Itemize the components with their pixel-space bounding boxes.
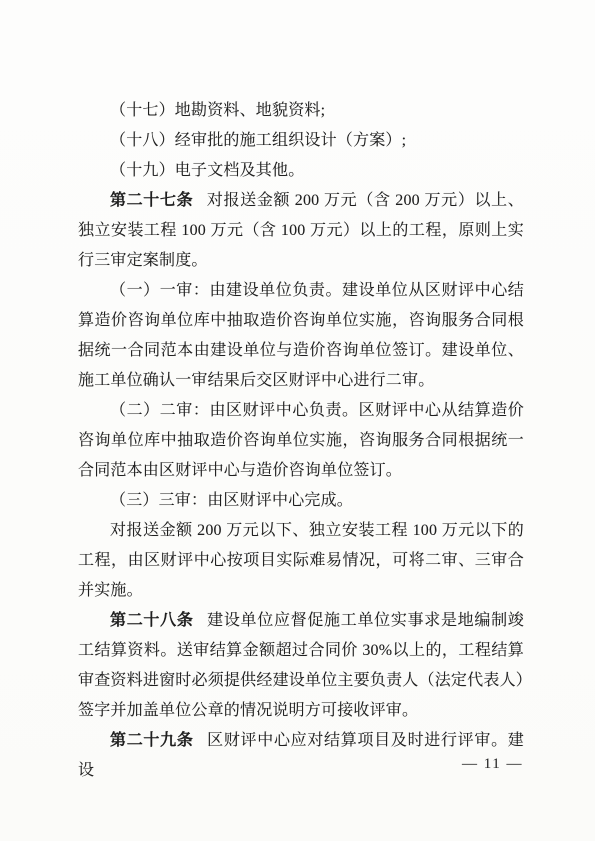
paragraph-text: （十九）电子文档及其他。	[110, 162, 304, 179]
article-27-clause-2: （二）二审：由区财评中心负责。区财评中心从结算造价咨询单位库中抽取造价咨询单位实…	[78, 396, 524, 486]
paragraph-text: （十七）地勘资料、地貌资料;	[110, 102, 325, 119]
article-number: 第二十八条	[110, 612, 194, 629]
paragraph-text: （一）一审：由建设单位负责。建设单位从区财评中心结算造价咨询单位库中抽取造价咨询…	[78, 282, 524, 389]
page-number: — 11 —	[462, 754, 523, 774]
list-item-18: （十八）经审批的施工组织设计（方案）;	[78, 126, 524, 156]
list-item-19: （十九）电子文档及其他。	[78, 156, 524, 186]
article-29: 第二十九条区财评中心应对结算项目及时进行评审。建设	[78, 726, 524, 786]
article-27-supplement: 对报送金额 200 万元以下、独立安装工程 100 万元以下的工程，由区财评中心…	[78, 516, 524, 606]
list-item-17: （十七）地勘资料、地貌资料;	[78, 96, 524, 126]
article-number: 第二十九条	[110, 732, 194, 749]
article-number: 第二十七条	[110, 192, 193, 209]
paragraph-text: 对报送金额 200 万元以下、独立安装工程 100 万元以下的工程，由区财评中心…	[78, 522, 524, 599]
document-body: （十七）地勘资料、地貌资料; （十八）经审批的施工组织设计（方案）; （十九）电…	[78, 96, 524, 786]
paragraph-text: （三）三审：由区财评中心完成。	[110, 492, 353, 509]
article-27: 第二十七条对报送金额 200 万元（含 200 万元）以上、独立安装工程 100…	[78, 186, 524, 276]
document-page: （十七）地勘资料、地貌资料; （十八）经审批的施工组织设计（方案）; （十九）电…	[0, 0, 595, 841]
paragraph-text: （十八）经审批的施工组织设计（方案）;	[110, 132, 406, 149]
article-28: 第二十八条建设单位应督促施工单位实事求是地编制竣工结算资料。送审结算金额超过合同…	[78, 606, 524, 726]
article-27-clause-3: （三）三审：由区财评中心完成。	[78, 486, 524, 516]
article-27-clause-1: （一）一审：由建设单位负责。建设单位从区财评中心结算造价咨询单位库中抽取造价咨询…	[78, 276, 524, 396]
paragraph-text: （二）二审：由区财评中心负责。区财评中心从结算造价咨询单位库中抽取造价咨询单位实…	[78, 402, 524, 479]
